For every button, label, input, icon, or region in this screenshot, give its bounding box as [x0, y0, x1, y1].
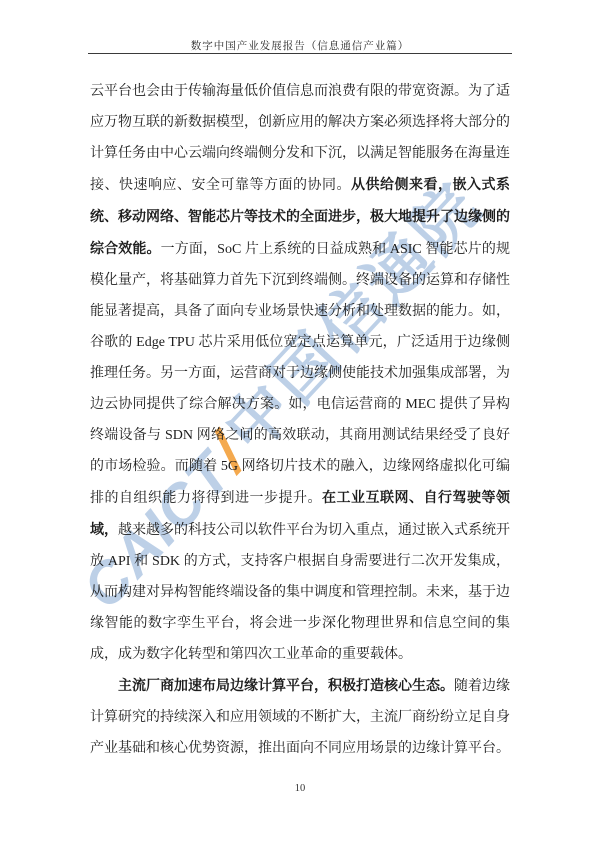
page-number: 10	[0, 783, 600, 794]
document-page: CAICT/中国信通院 数字中国产业发展报告（信息通信产业篇） 云平台也会由于传…	[0, 0, 600, 848]
paragraph: 主流厂商加速布局边缘计算平台，积极打造核心生态。随着边缘计算研究的持续深入和应用…	[90, 670, 510, 764]
header-title: 数字中国产业发展报告（信息通信产业篇）	[0, 38, 600, 53]
header-divider	[88, 53, 512, 54]
body-text: 云平台也会由于传输海量低价值信息而浪费有限的带宽资源。为了适应万物互联的新数据模…	[90, 76, 510, 764]
emphasis-text-segment: 主流厂商加速布局边缘计算平台，积极打造核心生态。	[118, 677, 454, 693]
text-segment: 越来越多的科技公司以软件平台为切入重点，通过嵌入式系统开放 API 和 SDK …	[90, 523, 510, 662]
text-segment: 一方面，SoC 片上系统的日益成熟和 ASIC 智能芯片的规模化量产，将基础算力…	[90, 242, 510, 506]
paragraph: 云平台也会由于传输海量低价值信息而浪费有限的带宽资源。为了适应万物互联的新数据模…	[90, 76, 510, 670]
